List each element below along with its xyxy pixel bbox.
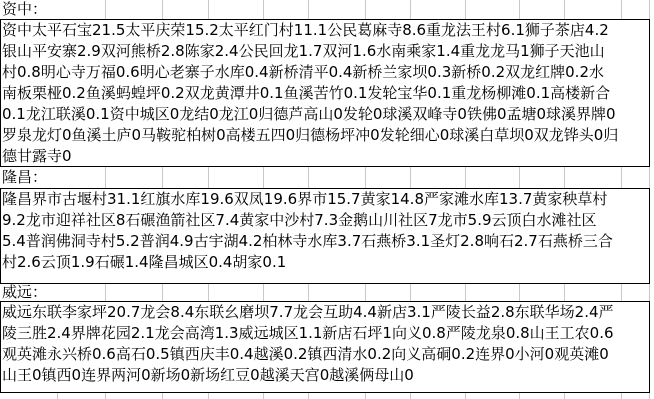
gridline <box>465 393 466 399</box>
gridline <box>365 0 366 19</box>
gridline <box>519 0 520 19</box>
gridline <box>564 284 565 301</box>
gridline <box>263 167 264 188</box>
gridline <box>465 0 466 19</box>
gridline <box>308 393 309 399</box>
text-line: 0.1龙江联溪0.1资中城区0龙结0龙江0归德芦高山0发轮0球溪双峰寺0铁佛0孟… <box>2 104 649 125</box>
text-line: 5.4普润佛洞寺村5.2普润4.9古宇湖4.2柏林寺水库3.7石燕桥3.1圣灯2… <box>2 231 649 252</box>
gridline <box>208 284 209 301</box>
text-line: 隆昌界市古堰村31.1红旗水库19.6双凤19.6界市15.7黄家14.8严家滩… <box>2 189 649 210</box>
text-line: 山王0镇西0连界两河0新场0新场红豆0越溪天宫0越溪俩母山0 <box>2 365 649 386</box>
gridline <box>263 284 264 301</box>
text-line: 南板栗桠0.2鱼溪蚂蝗坪0.2双龙黄潭井0.1鱼溪苦竹0.1发轮宝华0.1重龙杨… <box>2 83 649 104</box>
gridline <box>465 284 466 301</box>
gridline <box>410 393 411 399</box>
gridline <box>649 0 650 19</box>
spreadsheet: 资中： 资中太平石宝21.5太平庆荣15.2太平红门村11.1公民葛麻寺8.6重… <box>0 0 654 399</box>
gridline <box>564 0 565 19</box>
gridline <box>162 284 163 301</box>
gridline <box>208 167 209 188</box>
gridline <box>162 393 163 399</box>
text-line: 观英滩永兴桥0.6高石0.5镇西庆丰0.4越溪0.2镇西清水0.2向义高硐0.2… <box>2 344 649 365</box>
gridline <box>308 167 309 188</box>
gridline <box>365 393 366 399</box>
header-row-zizhong: 资中： <box>0 0 654 19</box>
gridline <box>208 393 209 399</box>
text-line: 威远东联李家坪20.7龙会8.4东联幺磨坝7.7龙会互助4.4新店3.1严陵长益… <box>2 302 649 323</box>
gridline <box>519 167 520 188</box>
gridline <box>649 167 650 188</box>
gridline <box>564 167 565 188</box>
gridline <box>365 167 366 188</box>
gridline <box>263 0 264 19</box>
gridline <box>57 393 58 399</box>
gridline <box>105 0 106 19</box>
gridline <box>465 167 466 188</box>
gridline <box>519 393 520 399</box>
gridline <box>621 167 622 188</box>
gridline <box>208 0 209 19</box>
header-row-longchang: 隆昌： <box>0 167 654 188</box>
gridline <box>410 0 411 19</box>
gridline <box>649 393 650 399</box>
gridline <box>105 167 106 188</box>
section-header-zizhong[interactable]: 资中： <box>2 0 50 19</box>
text-line: 村0.8明心寺万福0.6明心老寨子水库0.4新桥清平0.4新桥兰家坝0.3新桥0… <box>2 62 649 83</box>
gridline <box>162 0 163 19</box>
gridline <box>105 393 106 399</box>
gridline <box>162 167 163 188</box>
gridline <box>308 284 309 301</box>
text-line: 9.2龙市迎祥社区8石碾渔箭社区7.4黄家中沙村7.3金鹅山川社区7龙市5.9云… <box>2 210 649 231</box>
text-line: 资中太平石宝21.5太平庆荣15.2太平红门村11.1公民葛麻寺8.6重龙法王村… <box>2 20 649 41</box>
gridline <box>410 167 411 188</box>
text-line: 陵三胜2.4界牌花园2.1龙会高湾1.3威远城区1.1新店石坪1向义0.8严陵龙… <box>2 323 649 344</box>
longchang-data-cell[interactable]: 隆昌界市古堰村31.1红旗水库19.6双凤19.6界市15.7黄家14.8严家滩… <box>0 188 650 284</box>
text-line: 德甘露寺0 <box>2 146 649 167</box>
text-line: 罗泉龙灯0鱼溪土庐0马鞍驼柏树0高楼五四0归德杨坪冲0发轮细心0球溪白草坝0双龙… <box>2 125 649 146</box>
gridline <box>649 284 650 301</box>
gridline <box>410 284 411 301</box>
gridline <box>365 284 366 301</box>
text-line: 村2.6云顶1.9石碾1.4隆昌城区0.4胡家0.1 <box>2 252 649 273</box>
gridline <box>308 0 309 19</box>
weiyuan-data-cell[interactable]: 威远东联李家坪20.7龙会8.4东联幺磨坝7.7龙会互助4.4新店3.1严陵长益… <box>0 301 650 393</box>
zizhong-data-cell[interactable]: 资中太平石宝21.5太平庆荣15.2太平红门村11.1公民葛麻寺8.6重龙法王村… <box>0 19 650 167</box>
gridline <box>263 393 264 399</box>
gridline <box>519 284 520 301</box>
empty-sheet-row <box>0 393 654 399</box>
gridline <box>621 0 622 19</box>
gridline <box>105 284 106 301</box>
section-header-longchang[interactable]: 隆昌： <box>2 167 50 188</box>
gridline <box>621 284 622 301</box>
text-line: 银山平安寨2.9双河熊桥2.8陈家2.4公民回龙1.7双河1.6水南乘家1.4重… <box>2 41 649 62</box>
section-header-weiyuan[interactable]: 威远： <box>2 284 50 301</box>
header-row-weiyuan: 威远： <box>0 284 654 301</box>
gridline <box>621 393 622 399</box>
gridline <box>564 393 565 399</box>
